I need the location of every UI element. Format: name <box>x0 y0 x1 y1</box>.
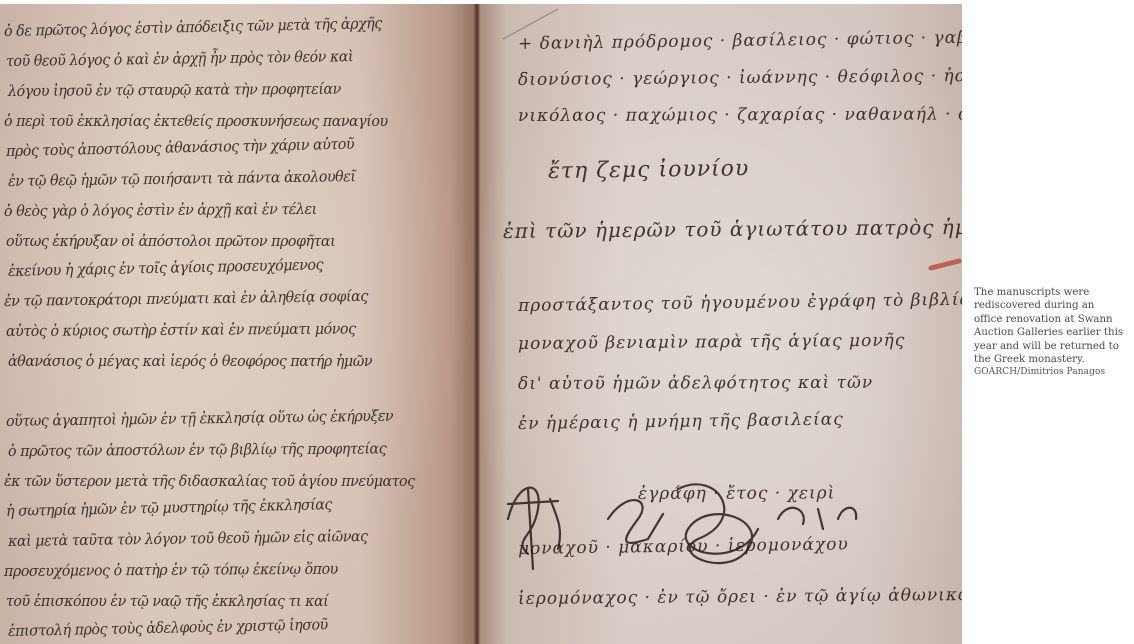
signature-scribble <box>488 459 908 599</box>
manuscript-line: ἔτη ζεμς ἰουνίου <box>548 156 750 184</box>
manuscript-line: προσευχόμενος ὁ πατὴρ ἐν τῷ τόπῳ ἐκείνῳ … <box>4 560 338 580</box>
manuscript-line: οὕτως ἐκήρυξαν οἱ ἀπόστολοι πρῶτον προφῆ… <box>6 232 335 250</box>
manuscript-line: ὁ δε πρῶτος λόγος ἐστὶν ἀπόδειξις τῶν με… <box>4 14 382 40</box>
manuscript-line: τοῦ θεοῦ λόγος ὁ καὶ ἐν ἀρχῇ ἦν πρὸς τὸν… <box>6 47 353 70</box>
manuscript-line: ἐπιστολή πρὸς τοὺς ἀδελφοὺς ἐν χριστῷ ἰη… <box>8 615 328 640</box>
manuscript-line: προστάξαντος τοῦ ἡγουμένου ἐγράφη τὸ βιβ… <box>518 290 962 316</box>
manuscript-line: ὁ πρῶτος τῶν ἀποστόλων ἐν τῷ βιβλίῳ τῆς … <box>8 439 386 460</box>
manuscript-line: λόγου ἰησοῦ ἐν τῷ σταυρῷ κατὰ τὴν προφητ… <box>8 80 341 100</box>
manuscript-line: τοῦ ἐπισκόπου ἐν τῷ ναῷ τῆς ἐκκλησίας τι… <box>6 592 328 610</box>
manuscript-line: ἐπὶ τῶν ἡμερῶν τοῦ ἁγιωτάτου πατρὸς ἡμῶν <box>503 215 962 243</box>
manuscript-line: ἐκ τῶν ὕστερον μετὰ τῆς διδασκαλίας τοῦ … <box>4 472 415 490</box>
manuscript-left-page: ὁ δε πρῶτος λόγος ἐστὶν ἀπόδειξις τῶν με… <box>0 4 478 644</box>
manuscript-line: ὁ περὶ τοῦ ἐκκλησίας ἐκτεθείς προσκυνήσε… <box>4 112 388 130</box>
manuscript-right-page: + δανιὴλ πρόδρομος · βασίλειος · φώτιος … <box>478 4 962 644</box>
manuscript-line: + δανιὴλ πρόδρομος · βασίλειος · φώτιος … <box>518 27 962 54</box>
book-gutter <box>474 4 480 644</box>
photo-caption: The manuscripts were rediscovered during… <box>974 286 1124 380</box>
caption-text: The manuscripts were rediscovered during… <box>974 287 1123 365</box>
manuscript-line: νικόλαος · παχώμιος · ζαχαρίας · ναθαναή… <box>518 104 962 126</box>
manuscript-line: ἀθανάσιος ὁ μέγας καὶ ἱερός ὁ θεοφόρος π… <box>8 352 372 370</box>
manuscript-line: οὕτως ἀγαπητοὶ ἡμῶν ἐν τῇ ἐκκλησίᾳ οὕτω … <box>6 407 393 430</box>
photo-credit: GOARCH/Dimitrios Panagos <box>974 366 1124 379</box>
manuscript-line: διονύσιος · γεώργιος · ἰωάννης · θεόφιλο… <box>518 65 962 90</box>
manuscript-line: δι' αὐτοῦ ἡμῶν ἀδελφότητος καὶ τῶν <box>518 373 873 394</box>
manuscript-line: ἡ σωτηρία ἡμῶν ἐν τῷ μυστηρίῳ τῆς ἐκκλησ… <box>6 495 332 520</box>
manuscript-line: καὶ μετὰ ταῦτα τὸν λόγον τοῦ θεοῦ ἡμῶν ε… <box>8 527 368 550</box>
manuscript-line: ἐν τῷ παντοκράτορι πνεύματι καὶ ἐν ἀληθε… <box>4 287 368 310</box>
manuscript-line: ὁ θεὸς γὰρ ὁ λόγος ἐστὶν ἐν ἀρχῇ καὶ ἐν … <box>4 200 317 220</box>
manuscript-line: ἐκείνου ἡ χάρις ἐν τοῖς ἁγίοις προσευχόμ… <box>8 255 323 280</box>
manuscript-line: ἐν ἡμέραις ἡ μνήμη τῆς βασιλείας <box>518 409 844 434</box>
manuscript-photo: ὁ δε πρῶτος λόγος ἐστὶν ἀπόδειξις τῶν με… <box>0 4 962 644</box>
manuscript-line: μοναχοῦ βενιαμὶν παρὰ τῆς ἁγίας μονῆς <box>518 331 906 354</box>
manuscript-line: αὐτὸς ὁ κύριος σωτὴρ ἐστίν καὶ ἐν πνεύμα… <box>6 320 356 340</box>
manuscript-line: ἱερομόναχος · ἐν τῷ ὄρει · ἐν τῷ ἁγίῳ ἀθ… <box>518 585 962 609</box>
manuscript-line: πρὸς τοὺς ἀποστόλους ἀθανάσιος τὴν χάριν… <box>6 135 354 160</box>
manuscript-line: ἐγράφη · ἔτος · χειρὶ <box>638 483 835 504</box>
manuscript-line: ἐν τῷ θεῷ ἡμῶν τῷ ποιήσαντι τὰ πάντα ἀκο… <box>8 167 356 190</box>
